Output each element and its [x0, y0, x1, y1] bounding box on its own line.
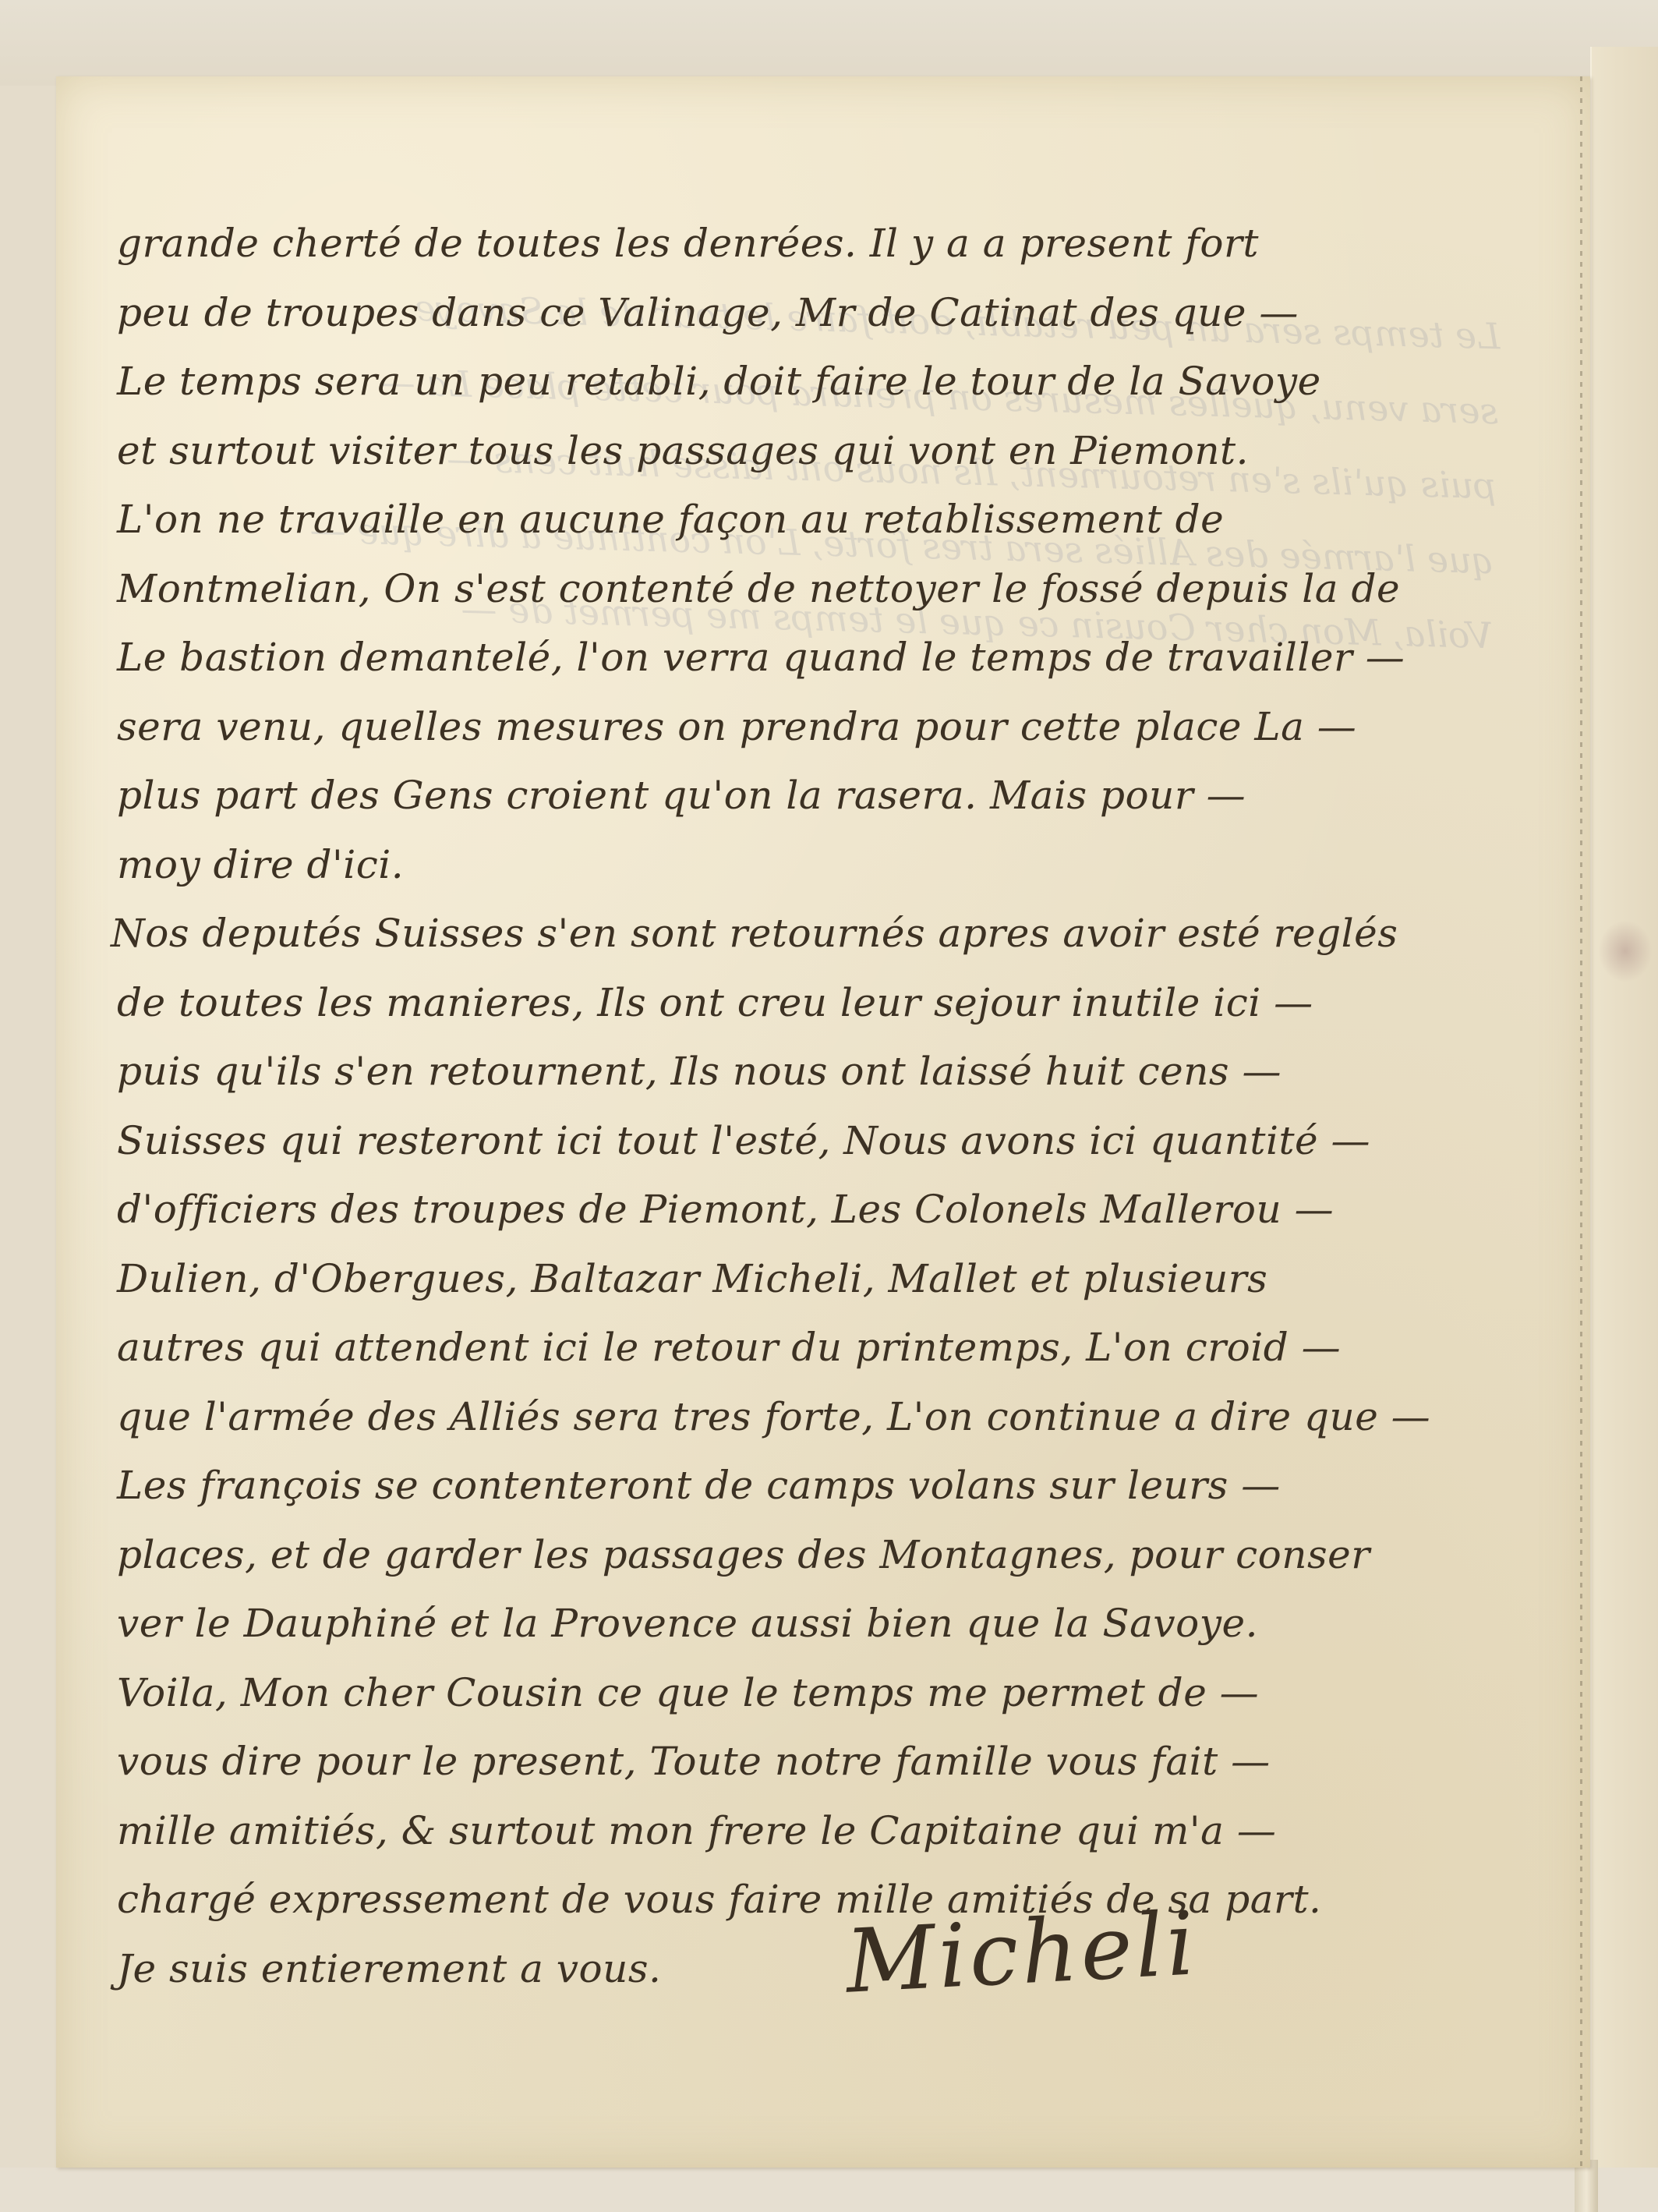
- letter-line: L'on ne travaille en aucune façon au ret…: [117, 485, 1582, 554]
- paper-stain: [1598, 920, 1653, 982]
- letter-line: vous dire pour le present, Toute notre f…: [117, 1727, 1582, 1796]
- letter-line: de toutes les manieres, Ils ont creu leu…: [117, 968, 1582, 1038]
- letter-line: Le temps sera un peu retabli, doit faire…: [117, 347, 1582, 416]
- letter-line: Nos deputés Suisses s'en sont retournés …: [111, 899, 1582, 968]
- letter-line: autres qui attendent ici le retour du pr…: [117, 1313, 1582, 1382]
- letter-line: ver le Dauphiné et la Provence aussi bie…: [117, 1589, 1582, 1658]
- letter-line: Les françois se contenteront de camps vo…: [117, 1451, 1582, 1520]
- letter-line: que l'armée des Alliés sera tres forte, …: [117, 1382, 1582, 1452]
- letter-line: sera venu, quelles mesures on prendra po…: [117, 692, 1582, 762]
- signature: Micheli: [843, 1893, 1200, 2012]
- letter-line: Montmelian, On s'est contenté de nettoye…: [117, 554, 1582, 624]
- letter-line: peu de troupes dans ce Valinage, Mr de C…: [117, 278, 1582, 348]
- letter-line: puis qu'ils s'en retournent, Ils nous on…: [117, 1037, 1582, 1106]
- letter-line: moy dire d'ici.: [117, 830, 1582, 900]
- letter-line: mille amitiés, & surtout mon frere le Ca…: [117, 1796, 1582, 1866]
- letter-line: grande cherté de toutes les denrées. Il …: [117, 209, 1582, 278]
- letter-line: Voila, Mon cher Cousin ce que le temps m…: [117, 1658, 1582, 1728]
- letter-line: et surtout visiter tous les passages qui…: [117, 416, 1582, 486]
- letter-line: plus part des Gens croient qu'on la rase…: [117, 761, 1582, 830]
- letter-line: Suisses qui resteront ici tout l'esté, N…: [117, 1106, 1582, 1176]
- letter-body: grande cherté de toutes les denrées. Il …: [117, 209, 1582, 2003]
- book-spine-edge: [1575, 2160, 1598, 2212]
- scan-backdrop-bottom: [0, 2168, 1658, 2212]
- letter-line: Le bastion demantelé, l'on verra quand l…: [117, 623, 1582, 692]
- letter-line: d'officiers des troupes de Piemont, Les …: [117, 1175, 1582, 1244]
- facing-page-edge: [1590, 47, 1658, 2183]
- scan-backdrop-top: [0, 0, 1658, 86]
- letter-line: places, et de garder les passages des Mo…: [117, 1520, 1582, 1590]
- letter-line: Dulien, d'Obergues, Baltazar Micheli, Ma…: [117, 1244, 1582, 1314]
